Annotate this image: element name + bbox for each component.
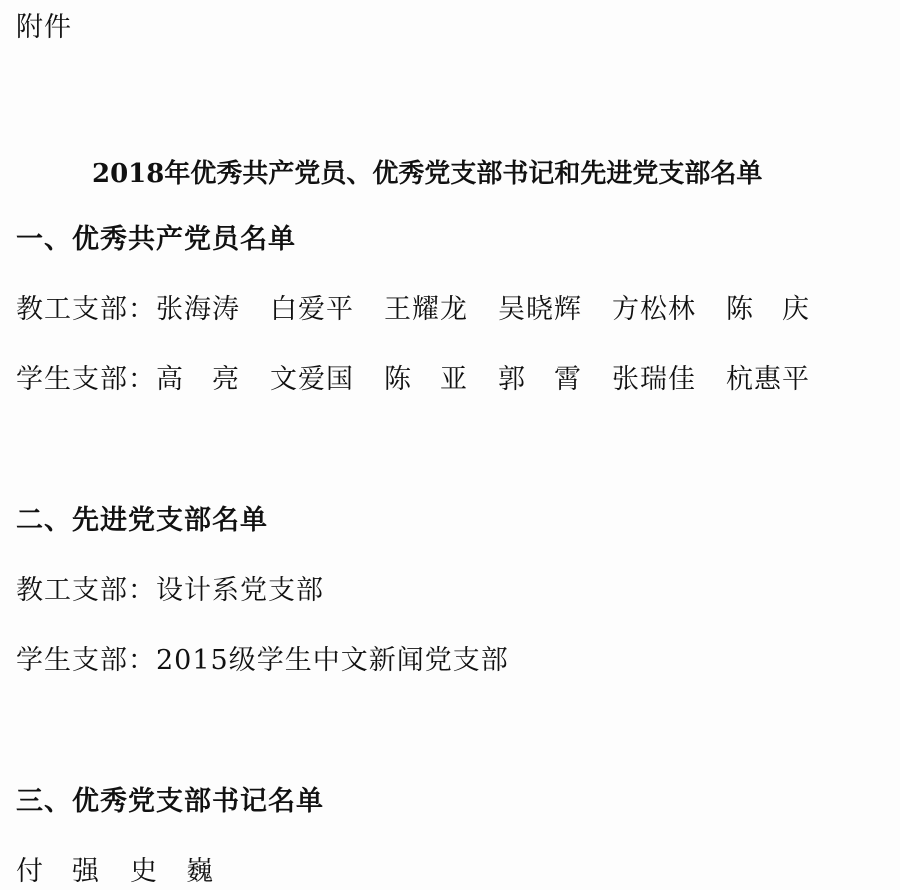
section1-student-row: 学生支部：高 亮文爱国陈 亚郭 霄张瑞佳杭惠平: [16, 364, 810, 396]
member-name: 张海涛: [156, 294, 240, 326]
section1-faculty-row: 教工支部：张海涛白爱平王耀龙吴晓辉方松林陈 庆: [16, 294, 810, 326]
branch-name: 2015级学生中文新闻党支部: [156, 645, 509, 676]
member-name: 杭惠平: [726, 364, 810, 396]
member-name: 王耀龙: [384, 294, 468, 326]
secretary-name: 史 巍: [130, 856, 214, 888]
member-name: 方松林: [612, 294, 696, 326]
document-title: 2018年优秀共产党员、优秀党支部书记和先进党支部名单: [92, 153, 762, 190]
member-name: 张瑞佳: [612, 364, 696, 396]
secretary-name: 付 强: [16, 856, 100, 888]
section1-heading: 一、优秀共产党员名单: [16, 224, 296, 256]
section2-heading: 二、先进党支部名单: [16, 505, 268, 537]
section3-names-row: 付 强史 巍: [16, 856, 214, 888]
branch-label: 教工支部：: [16, 294, 156, 325]
branch-label: 教工支部：: [16, 575, 156, 606]
member-name: 白爱平: [270, 294, 354, 326]
section3-heading: 三、优秀党支部书记名单: [16, 786, 324, 818]
branch-label: 学生支部：: [16, 364, 156, 395]
member-name: 吴晓辉: [498, 294, 582, 326]
member-name: 陈 庆: [726, 294, 810, 326]
branch-label: 学生支部：: [16, 645, 156, 676]
member-name: 郭 霄: [498, 364, 582, 396]
member-name: 文爱国: [270, 364, 354, 396]
attachment-label: 附件: [16, 12, 72, 44]
section2-student-row: 学生支部：2015级学生中文新闻党支部: [16, 645, 509, 677]
member-name: 高 亮: [156, 364, 240, 396]
branch-name: 设计系党支部: [156, 575, 324, 606]
section2-faculty-row: 教工支部：设计系党支部: [16, 575, 324, 607]
member-name: 陈 亚: [384, 364, 468, 396]
